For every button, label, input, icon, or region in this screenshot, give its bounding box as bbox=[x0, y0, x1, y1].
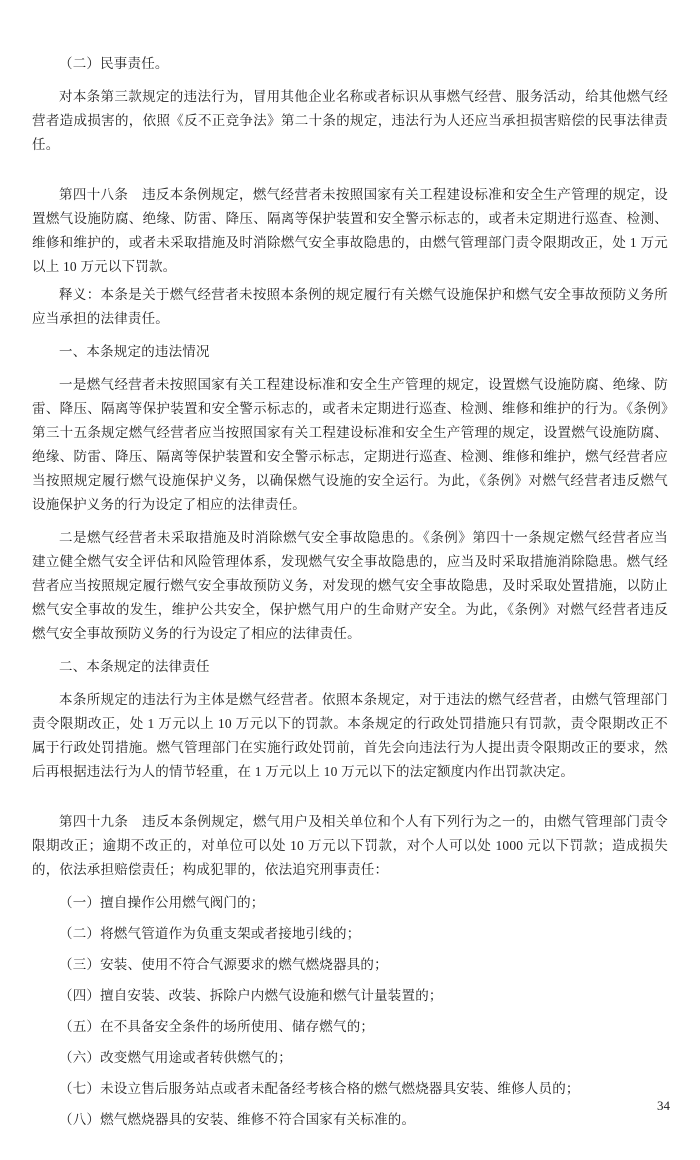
article-49-item-5: （五）在不具备安全条件的场所使用、储存燃气的； bbox=[32, 1015, 668, 1039]
article-49-item-1: （一）擅自操作公用燃气阀门的； bbox=[32, 891, 668, 915]
section-heading-violations: 一、本条规定的违法情况 bbox=[32, 340, 668, 364]
paragraph-violation-2: 二是燃气经营者未采取措施及时消除燃气安全事故隐患的。《条例》第四十一条规定燃气经… bbox=[32, 526, 668, 646]
subsection-heading-civil-liability: （二）民事责任。 bbox=[32, 52, 668, 76]
article-49-item-4: （四）擅自安装、改装、拆除户内燃气设施和燃气计量装置的； bbox=[32, 984, 668, 1008]
section-heading-liability: 二、本条规定的法律责任 bbox=[32, 655, 668, 679]
paragraph-civil-liability-body: 对本条第三款规定的违法行为，冒用其他企业名称或者标识从事燃气经营、服务活动，给其… bbox=[32, 85, 668, 157]
page-number: 34 bbox=[657, 1098, 670, 1114]
article-49-text: 第四十九条 违反本条例规定，燃气用户及相关单位和个人有下列行为之一的，由燃气管理… bbox=[32, 810, 668, 882]
article-49-item-2: （二）将燃气管道作为负重支架或者接地引线的； bbox=[32, 922, 668, 946]
article-49-item-7: （七）未设立售后服务站点或者未配备经考核合格的燃气燃烧器具安装、维修人员的； bbox=[32, 1077, 668, 1101]
article-49-item-8: （八）燃气燃烧器具的安装、维修不符合国家有关标准的。 bbox=[32, 1108, 668, 1132]
document-page: （二）民事责任。 对本条第三款规定的违法行为，冒用其他企业名称或者标识从事燃气经… bbox=[0, 0, 700, 1160]
article-48-text: 第四十八条 违反本条例规定，燃气经营者未按照国家有关工程建设标准和安全生产管理的… bbox=[32, 183, 668, 279]
article-48-interpretation-intro: 释义：本条是关于燃气经营者未按照本条例的规定履行有关燃气设施保护和燃气安全事故预… bbox=[32, 283, 668, 331]
article-49-item-6: （六）改变燃气用途或者转供燃气的； bbox=[32, 1046, 668, 1070]
article-49-item-3: （三）安装、使用不符合气源要求的燃气燃烧器具的； bbox=[32, 953, 668, 977]
paragraph-liability-body: 本条所规定的违法行为主体是燃气经营者。依照本条规定，对于违法的燃气经营者，由燃气… bbox=[32, 688, 668, 784]
paragraph-violation-1: 一是燃气经营者未按照国家有关工程建设标准和安全生产管理的规定，设置燃气设施防腐、… bbox=[32, 373, 668, 517]
